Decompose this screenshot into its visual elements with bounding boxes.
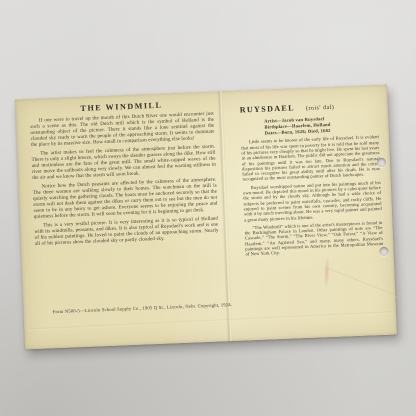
pronunciation-text: (rois' dal): [306, 105, 335, 112]
artist-info-block: Artist—Jacob van Ruysdael Birthplace—Haa…: [264, 114, 379, 136]
windmill-article: THE WINDMILL If one were to travel up th…: [29, 99, 219, 251]
crease-line: [28, 311, 392, 330]
crease-line: [325, 267, 400, 298]
artist-name-heading: RUYSDAEL: [240, 103, 296, 114]
paragraph: The artist makes us feel the calmness of…: [31, 145, 216, 182]
imprint-line: Form N500-5—Lincoln School Supply Co., 1…: [53, 302, 233, 314]
photo-background: THE WINDMILL If one were to travel up th…: [0, 0, 416, 416]
paragraph: Ruysdael worshipped nature and put into …: [243, 180, 382, 223]
ruysdael-article: RUYSDAEL (rois' dal) Artist—Jacob van Ru…: [239, 94, 383, 260]
paragraph: Notice how the Dutch peasants are affect…: [33, 178, 218, 221]
paragraph: This is a very restful picture. It is ve…: [34, 217, 219, 248]
picture-study-card: THE WINDMILL If one were to travel up th…: [15, 85, 397, 350]
punch-hole: [379, 247, 388, 256]
paragraph: Little seems to be known of the early li…: [241, 134, 381, 182]
paragraph: “The Windmill” which is one of the artis…: [244, 220, 383, 257]
paragraph: If one were to travel up the mouth of th…: [30, 112, 215, 149]
punch-hole: [377, 158, 386, 167]
